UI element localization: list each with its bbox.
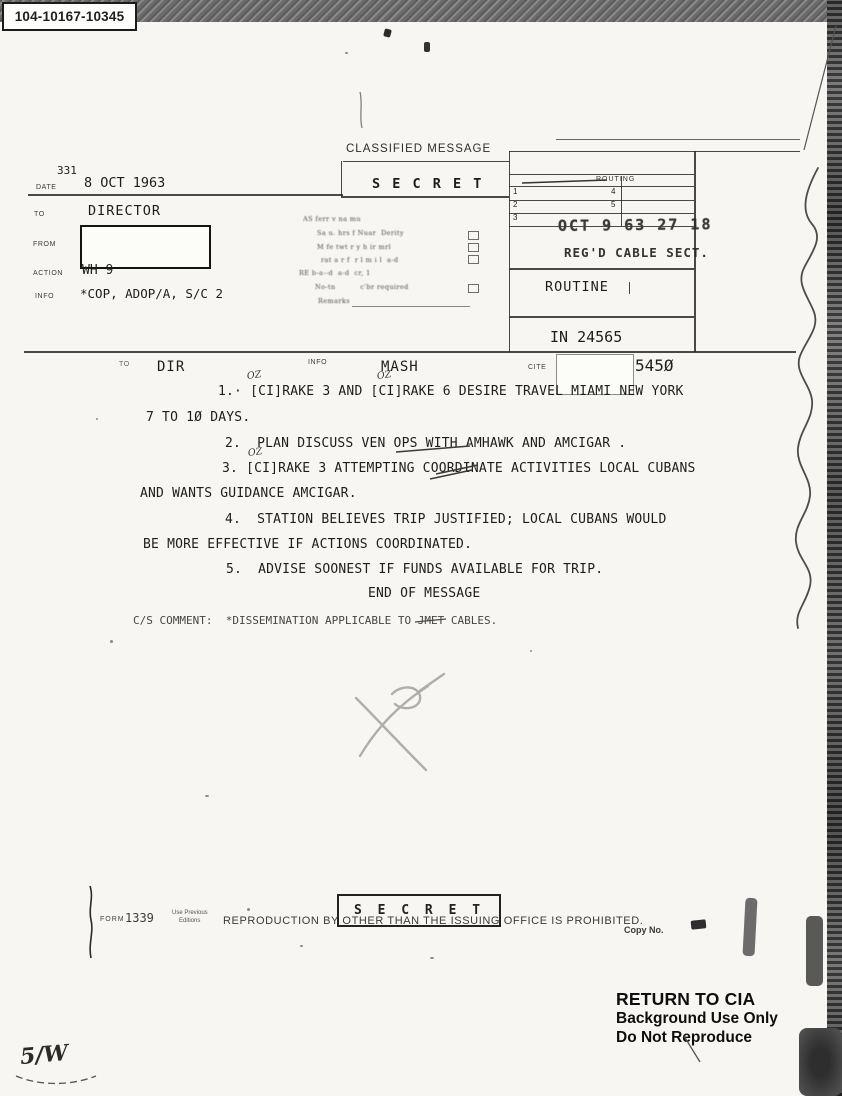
routing-box-top <box>509 174 694 175</box>
fine-print-line: No-tn c'br required <box>315 284 409 291</box>
section-rule <box>24 351 796 353</box>
fine-print-line: RE b-a--d a-d cr, 1 <box>299 270 371 277</box>
paper-speck <box>247 908 250 911</box>
routing-cell-line <box>509 268 694 270</box>
remarks-rule <box>352 306 470 307</box>
return-stamp-line: Background Use Only <box>616 1009 778 1028</box>
record-number: 104-10167-10345 <box>15 9 125 24</box>
scan-mark <box>383 28 392 38</box>
reproduction-notice: REPRODUCTION BY OTHER THAN THE ISSUING O… <box>223 916 643 928</box>
routing-outer-line <box>556 139 800 140</box>
cite-label: CITE <box>528 364 546 371</box>
paper-speck <box>530 650 532 652</box>
paper-speck <box>110 640 113 643</box>
margin-squiggle <box>90 886 92 958</box>
form-note-2: Editions <box>179 918 200 924</box>
routing-title: ROUTING <box>596 176 635 183</box>
precedence-tick <box>629 282 630 294</box>
ink-smudge <box>806 916 823 986</box>
scanned-cable-document: 104-10167-10345 331 DATE 8 OCT 1963 CLAS… <box>0 0 842 1096</box>
checkbox-icon <box>468 284 479 293</box>
routing-left-edge <box>509 151 510 352</box>
message-line: 5. ADVISE SOONEST IF FUNDS AVAILABLE FOR… <box>226 563 603 577</box>
paper-speck <box>345 52 348 54</box>
checkbox-icon <box>468 255 479 264</box>
ink-smudge <box>691 919 707 930</box>
message-line: 7 TO 1Ø DAYS. <box>146 411 250 425</box>
initials-flourish <box>16 1076 96 1084</box>
scan-mark <box>424 42 430 52</box>
scan-right-band <box>827 0 842 1096</box>
routing-row-line <box>509 200 694 201</box>
message-line: 1.· [CI]RAKE 3 AND [CI]RAKE 6 DESIRE TRA… <box>218 385 684 399</box>
return-stamp-line: RETURN TO CIA <box>616 990 778 1009</box>
fine-print-line: Remarks <box>318 298 350 305</box>
checkbox-icon <box>468 243 479 252</box>
in-number: IN 24565 <box>550 330 622 346</box>
info-label: INFO <box>35 293 54 300</box>
classification-header: S E C R E T <box>372 177 483 191</box>
routing-right-edge <box>694 151 696 352</box>
addr-to-label: TO <box>119 361 130 368</box>
to-label: TO <box>34 211 45 218</box>
routing-row-line <box>509 213 694 214</box>
oz-annotation: OZ <box>376 370 392 382</box>
cs-comment-line: C/S COMMENT: *DISSEMINATION APPLICABLE T… <box>133 615 497 627</box>
classification-cell-bottom <box>341 196 509 198</box>
message-line: 4. STATION BELIEVES TRIP JUSTIFIED; LOCA… <box>225 513 666 527</box>
ink-smudge <box>742 898 757 957</box>
routing-outer-line <box>509 151 800 152</box>
record-number-box: 104-10167-10345 <box>2 2 137 31</box>
classified-underline <box>343 161 509 162</box>
routing-cell-3: 3 <box>513 214 517 222</box>
date-label: DATE <box>36 184 57 191</box>
return-to-cia-stamp: RETURN TO CIA Background Use Only Do Not… <box>616 990 778 1047</box>
copy-no-label: Copy No. <box>624 926 664 935</box>
routing-row-line <box>509 186 694 187</box>
form-label: FORM <box>100 916 125 923</box>
to-value: DIRECTOR <box>88 204 161 218</box>
info-value: *COP, ADOP/A, S/C 2 <box>80 287 223 300</box>
paper-speck <box>96 418 98 420</box>
end-of-message: END OF MESSAGE <box>368 587 480 601</box>
oz-annotation: OZ <box>246 370 262 382</box>
addr-to-value: DIR <box>157 360 185 375</box>
ink-smudge <box>799 1028 842 1096</box>
message-line: AND WANTS GUIDANCE AMCIGAR. <box>140 487 357 501</box>
routing-cell-4: 4 <box>611 188 615 196</box>
addr-info-label: INFO <box>308 359 327 366</box>
routing-cell-1: 1 <box>513 188 517 196</box>
checkbox-icon <box>468 231 479 240</box>
action-label: ACTION <box>33 270 63 277</box>
oz-annotation: OZ <box>247 447 263 459</box>
paper-speck <box>205 795 209 797</box>
routing-cell-line <box>509 316 694 318</box>
cable-section-stamp: REG'D CABLE SECT. <box>564 246 709 259</box>
form-note-1: Use Previous <box>172 910 208 916</box>
classified-message-title: CLASSIFIED MESSAGE <box>346 143 491 155</box>
cite-number: 545Ø <box>635 358 674 375</box>
return-stamp-line: Do Not Reproduce <box>616 1028 778 1047</box>
handwritten-initials: 5/W <box>19 1040 69 1070</box>
fine-print-line: Sa u. hrs f Nuar Derity <box>317 230 404 237</box>
pencil-doodle <box>356 674 444 770</box>
fine-print-line: M fe twt r y h ir mrl <box>317 244 391 251</box>
paper-speck <box>430 957 434 959</box>
date-rule <box>28 194 343 196</box>
precedence: ROUTINE <box>545 280 609 294</box>
message-number: 331 <box>57 165 77 177</box>
message-line: 3. [CI]RAKE 3 ATTEMPTING COORDINATE ACTI… <box>222 462 696 476</box>
routing-cell-5: 5 <box>611 201 615 209</box>
message-line: BE MORE EFFECTIVE IF ACTIONS COORDINATED… <box>143 538 472 552</box>
scratch-line <box>360 92 362 128</box>
message-line: 2. PLAN DISCUSS VEN OPS WITH AMHAWK AND … <box>225 437 626 451</box>
paper-speck <box>300 945 303 947</box>
action-value: WH 9 <box>82 264 113 278</box>
fine-print-line: AS ferr v na mu <box>303 216 361 223</box>
from-label: FROM <box>33 241 56 248</box>
routing-cell-2: 2 <box>513 201 517 209</box>
classification-cell-left <box>341 161 342 196</box>
fine-print-line: rat a r f r l m i l a-d <box>321 257 398 264</box>
pen-squiggle <box>796 168 818 628</box>
received-time-stamp: OCT 9 63 27 18 <box>558 217 713 234</box>
routing-dash-mark <box>522 180 607 183</box>
date-value: 8 OCT 1963 <box>84 176 165 190</box>
form-number: 1339 <box>125 912 154 925</box>
